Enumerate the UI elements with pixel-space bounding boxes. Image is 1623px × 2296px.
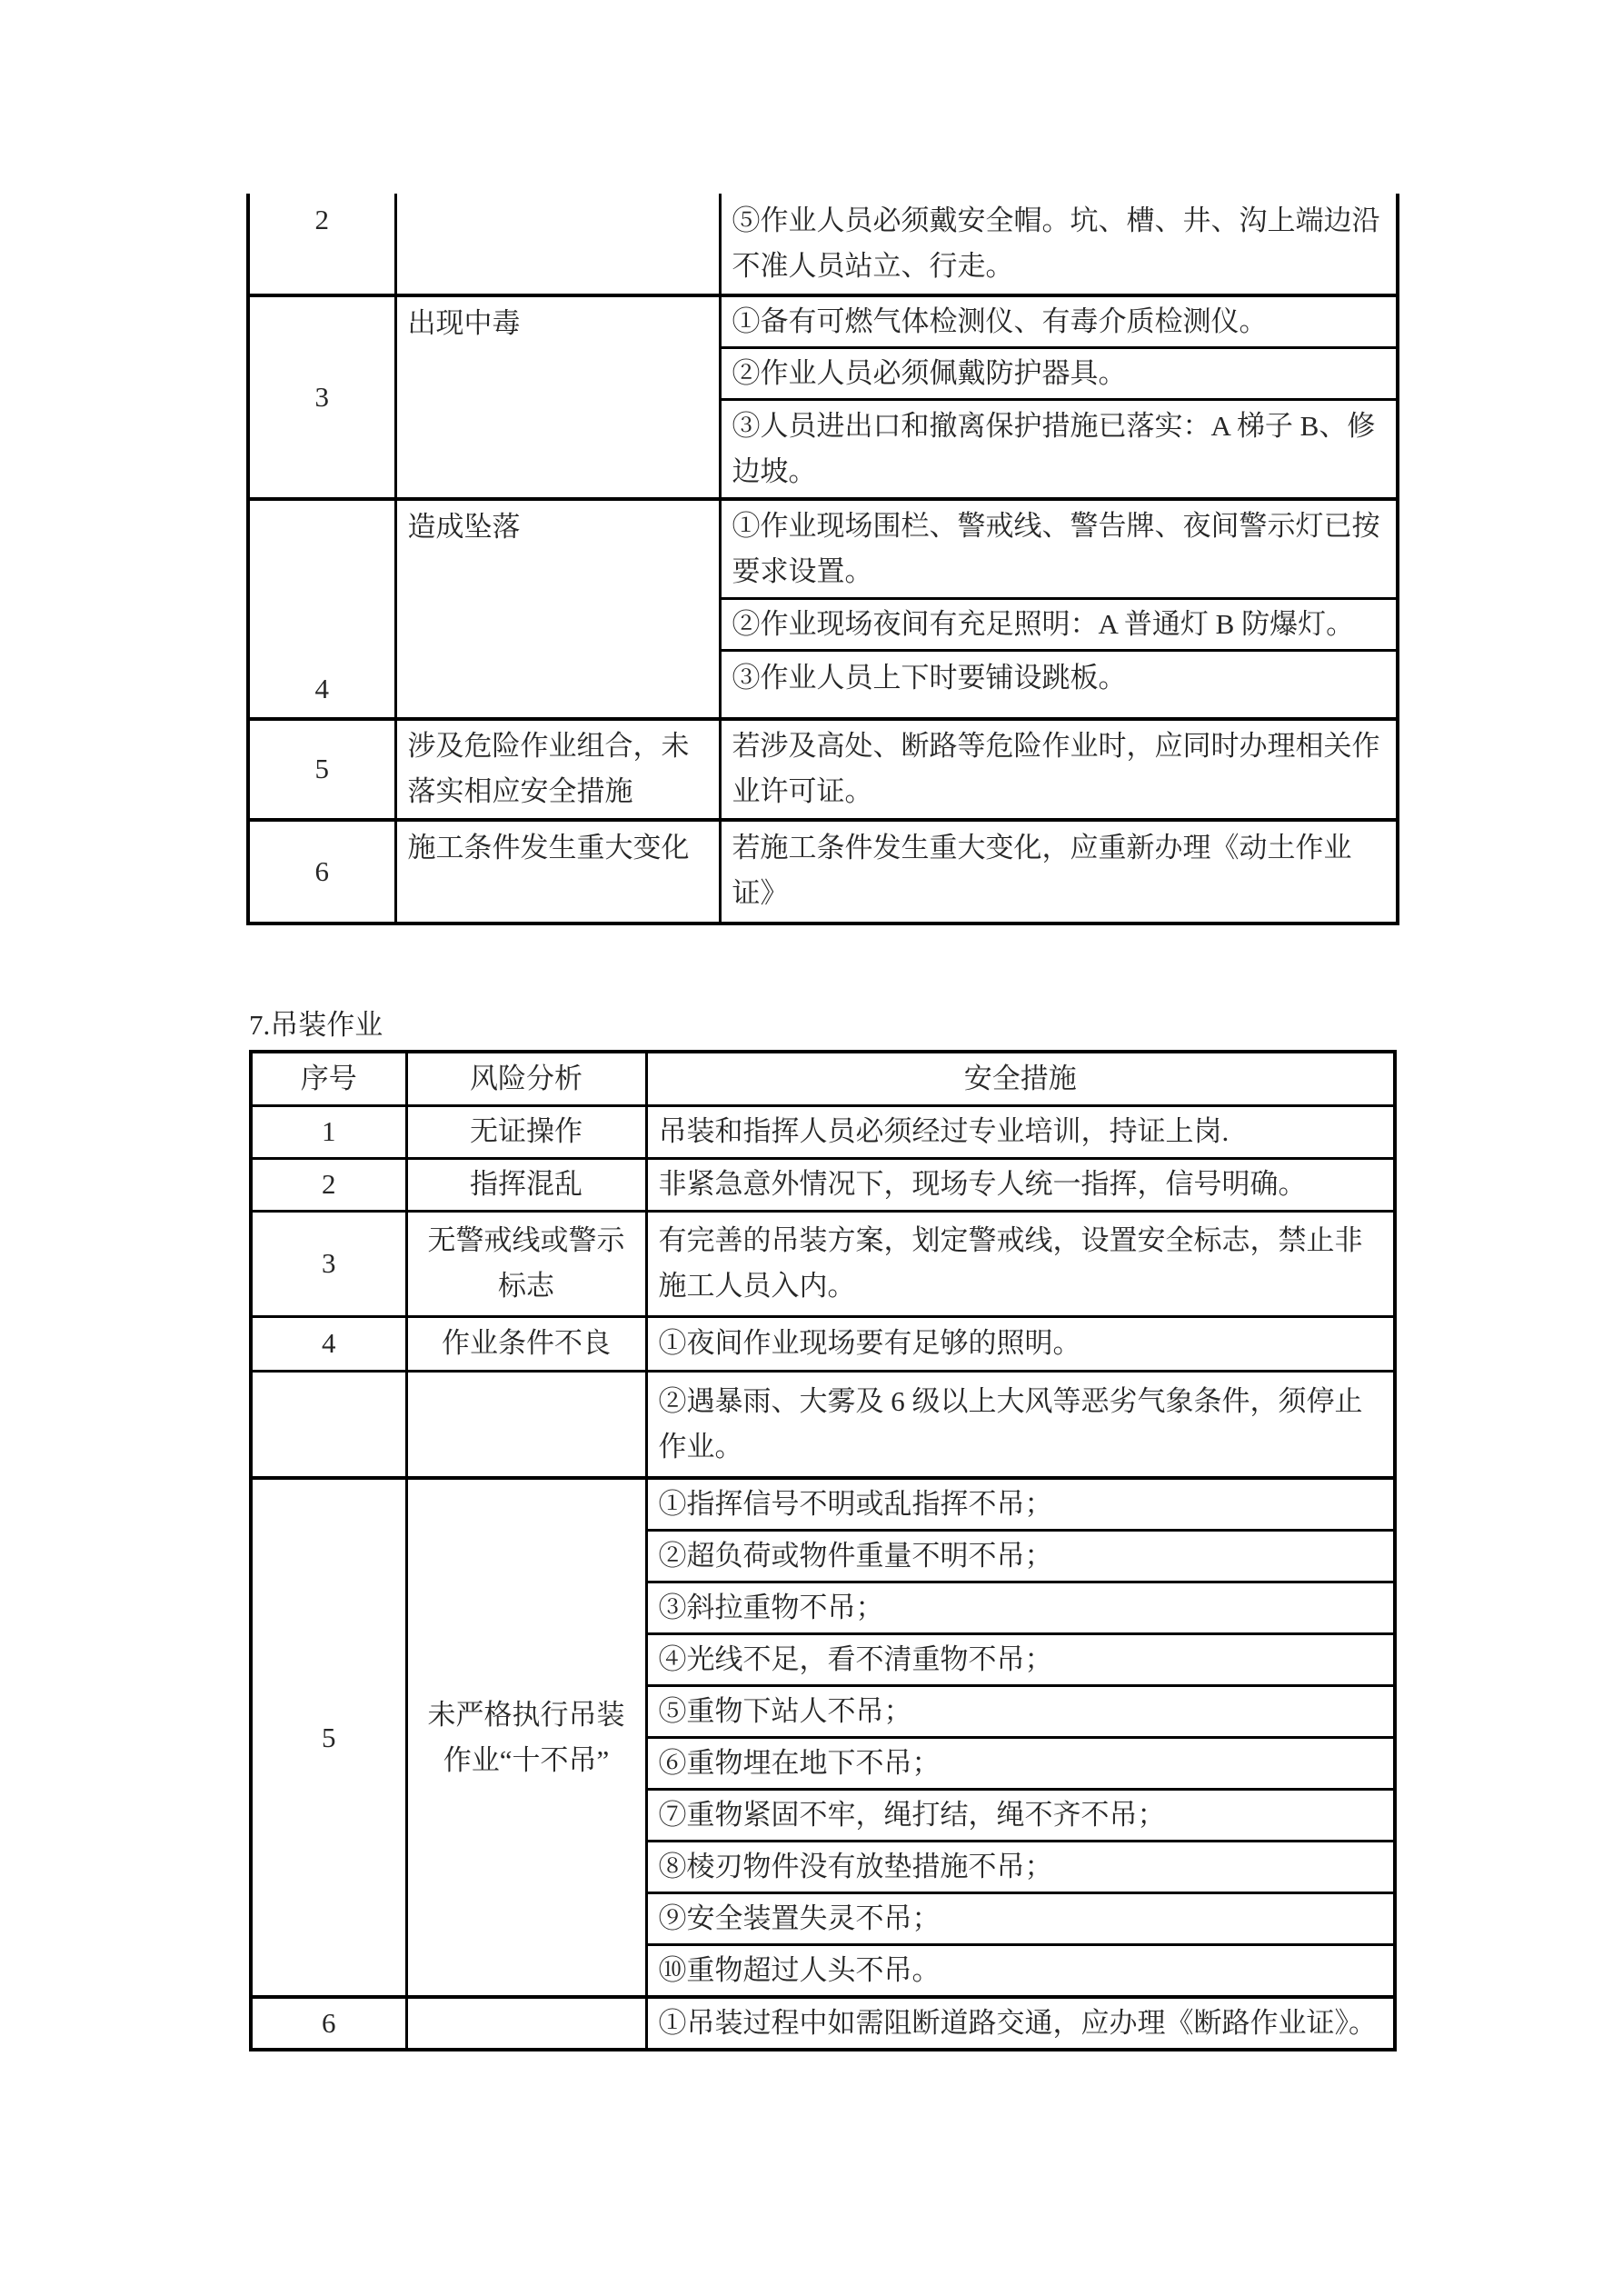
table-row: 6 ①吊装过程中如需阻断道路交通，应办理《断路作业证》。 — [251, 1997, 1395, 2050]
risk-cell: 出现中毒 — [395, 295, 720, 499]
header-row: 序号 风险分析 安全措施 — [251, 1052, 1395, 1105]
risk-cell: 指挥混乱 — [406, 1158, 646, 1211]
empty-cell — [406, 1371, 646, 1478]
measure-cell: ⑥重物埋在地下不吊； — [646, 1738, 1395, 1790]
risk-cell: 无证操作 — [406, 1105, 646, 1158]
header-measure-cell: 安全措施 — [646, 1052, 1395, 1105]
table-row: 3 无警戒线或警示标志 有完善的吊装方案，划定警戒线，设置安全标志，禁止非施工人… — [251, 1211, 1395, 1316]
table-row: 5 未严格执行吊装作业“十不吊” ①指挥信号不明或乱指挥不吊； — [251, 1478, 1395, 1531]
measure-cell: 若施工条件发生重大变化，应重新办理《动土作业证》 — [720, 820, 1398, 923]
seq-cell: 6 — [251, 1997, 406, 2050]
header-seq-cell: 序号 — [251, 1052, 406, 1105]
seq-cell: 2 — [251, 1158, 406, 1211]
risk-cell: 造成坠落 — [395, 499, 720, 719]
measure-cell: ⑦重物紧固不牢，绳打结，绳不齐不吊； — [646, 1790, 1395, 1842]
risk-table-digging: 2 ⑤作业人员必须戴安全帽。坑、槽、井、沟上端边沿不准人员站立、行走。 3 出现… — [246, 194, 1399, 925]
table-row: 1 无证操作 吊装和指挥人员必须经过专业培训，持证上岗. — [251, 1105, 1395, 1158]
empty-cell — [395, 194, 720, 295]
measure-cell: ②超负荷或物件重量不明不吊； — [646, 1531, 1395, 1582]
measure-cell: ③斜拉重物不吊； — [646, 1582, 1395, 1634]
measure-cell: ⑧棱刃物件没有放垫措施不吊； — [646, 1842, 1395, 1893]
empty-cell — [406, 1997, 646, 2050]
measure-cell: ④光线不足，看不清重物不吊； — [646, 1634, 1395, 1686]
seq-cell: 4 — [248, 499, 395, 719]
header-risk-cell: 风险分析 — [406, 1052, 646, 1105]
measure-cell: ①夜间作业现场要有足够的照明。 — [646, 1316, 1395, 1371]
table-row: 3 出现中毒 ①备有可燃气体检测仪、有毒介质检测仪。 — [248, 295, 1398, 348]
seq-cell: 3 — [248, 295, 395, 499]
seq-cell: 4 — [251, 1316, 406, 1371]
seq-cell: 3 — [251, 1211, 406, 1316]
risk-cell: 施工条件发生重大变化 — [395, 820, 720, 923]
measure-cell: ②作业现场夜间有充足照明：A 普通灯 B 防爆灯。 — [720, 599, 1398, 651]
section-title-lifting: 7.吊装作业 — [249, 1003, 383, 1048]
table-row: 2 指挥混乱 非紧急意外情况下，现场专人统一指挥，信号明确。 — [251, 1158, 1395, 1211]
table-row: 6 施工条件发生重大变化 若施工条件发生重大变化，应重新办理《动土作业证》 — [248, 820, 1398, 923]
risk-cell: 无警戒线或警示标志 — [406, 1211, 646, 1316]
measure-cell: ①作业现场围栏、警戒线、警告牌、夜间警示灯已按要求设置。 — [720, 499, 1398, 599]
seq-cell: 6 — [248, 820, 395, 923]
measure-cell: 有完善的吊装方案，划定警戒线，设置安全标志，禁止非施工人员入内。 — [646, 1211, 1395, 1316]
risk-cell: 作业条件不良 — [406, 1316, 646, 1371]
measure-cell: ②遇暴雨、大雾及 6 级以上大风等恶劣气象条件，须停止作业。 — [646, 1371, 1395, 1478]
seq-cell: 5 — [251, 1478, 406, 1997]
table-row: 4 作业条件不良 ①夜间作业现场要有足够的照明。 — [251, 1316, 1395, 1371]
seq-cell: 2 — [248, 194, 395, 295]
measure-cell: ⑤重物下站人不吊； — [646, 1686, 1395, 1738]
measure-cell: ①指挥信号不明或乱指挥不吊； — [646, 1478, 1395, 1531]
risk-cell: 未严格执行吊装作业“十不吊” — [406, 1478, 646, 1997]
table-row: 2 ⑤作业人员必须戴安全帽。坑、槽、井、沟上端边沿不准人员站立、行走。 — [248, 194, 1398, 295]
seq-cell: 1 — [251, 1105, 406, 1158]
measure-cell: 吊装和指挥人员必须经过专业培训，持证上岗. — [646, 1105, 1395, 1158]
table-row: 4 造成坠落 ①作业现场围栏、警戒线、警告牌、夜间警示灯已按要求设置。 — [248, 499, 1398, 599]
measure-cell: ⑩重物超过人头不吊。 — [646, 1945, 1395, 1998]
measure-cell: ⑨安全装置失灵不吊； — [646, 1893, 1395, 1945]
document-page: 2 ⑤作业人员必须戴安全帽。坑、槽、井、沟上端边沿不准人员站立、行走。 3 出现… — [0, 0, 1623, 2296]
measure-cell: 若涉及高处、断路等危险作业时，应同时办理相关作业许可证。 — [720, 719, 1398, 820]
measure-cell: ③人员进出口和撤离保护措施已落实：A 梯子 B、修边坡。 — [720, 400, 1398, 499]
measure-cell: ①备有可燃气体检测仪、有毒介质检测仪。 — [720, 295, 1398, 348]
seq-cell: 5 — [248, 719, 395, 820]
risk-cell: 涉及危险作业组合，未落实相应安全措施 — [395, 719, 720, 820]
measure-cell: ①吊装过程中如需阻断道路交通，应办理《断路作业证》。 — [646, 1997, 1395, 2050]
measure-cell: ⑤作业人员必须戴安全帽。坑、槽、井、沟上端边沿不准人员站立、行走。 — [720, 194, 1398, 295]
risk-table-lifting: 序号 风险分析 安全措施 1 无证操作 吊装和指挥人员必须经过专业培训，持证上岗… — [249, 1050, 1397, 2051]
empty-cell — [251, 1371, 406, 1478]
measure-cell: 非紧急意外情况下，现场专人统一指挥，信号明确。 — [646, 1158, 1395, 1211]
table-row: 5 涉及危险作业组合，未落实相应安全措施 若涉及高处、断路等危险作业时，应同时办… — [248, 719, 1398, 820]
table-row: ②遇暴雨、大雾及 6 级以上大风等恶劣气象条件，须停止作业。 — [251, 1371, 1395, 1478]
measure-cell: ②作业人员必须佩戴防护器具。 — [720, 348, 1398, 400]
measure-cell: ③作业人员上下时要铺设跳板。 — [720, 651, 1398, 719]
